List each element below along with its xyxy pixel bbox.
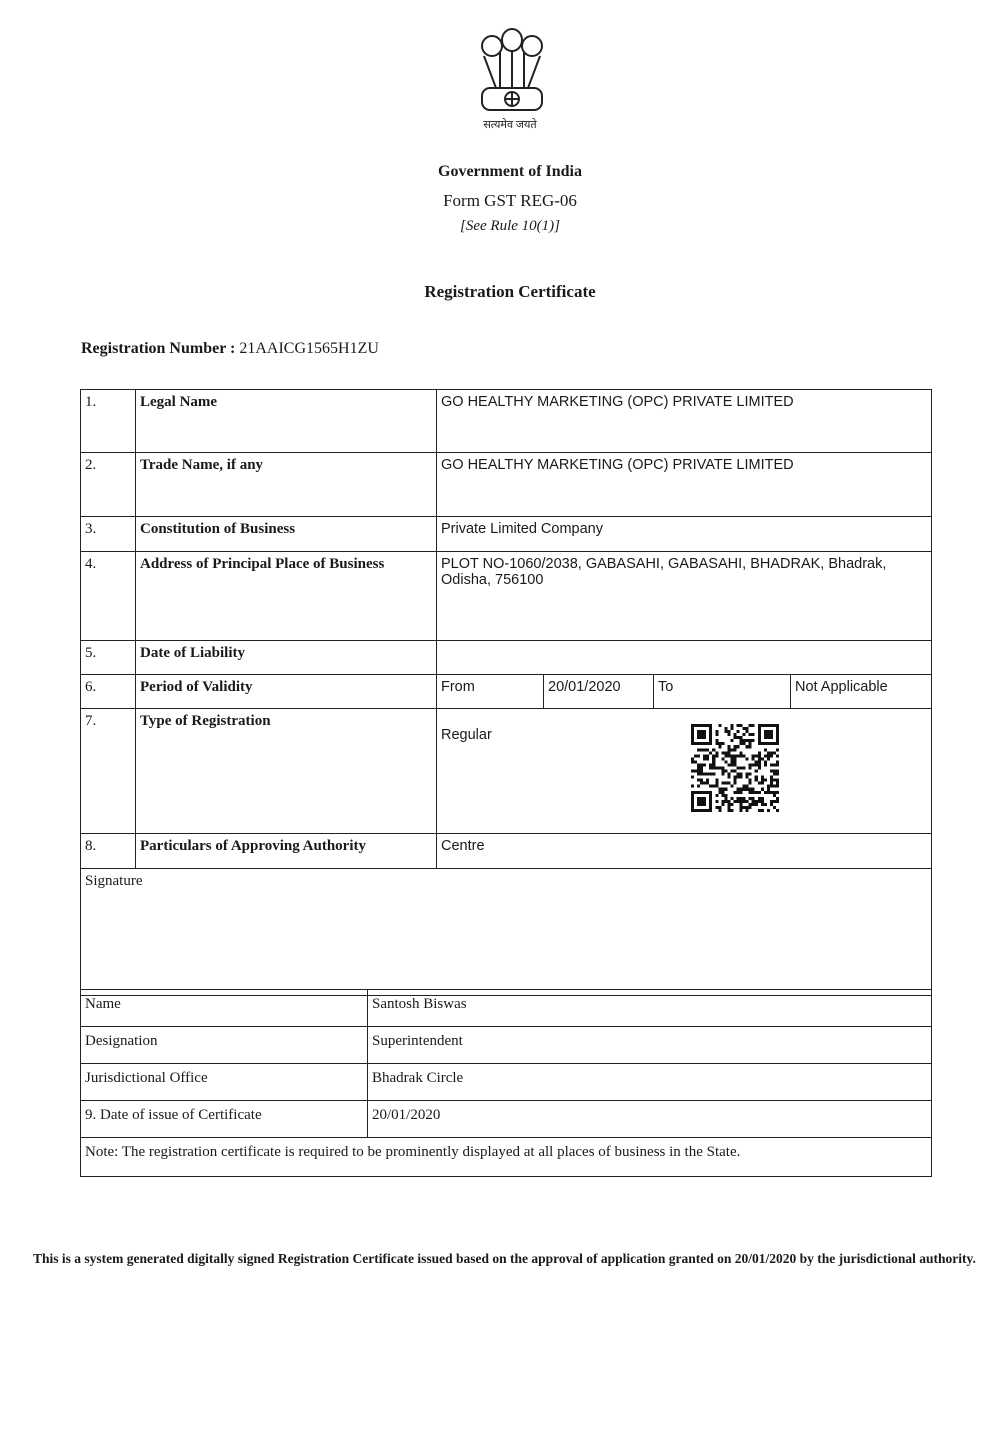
designation-value: Superintendent	[368, 1027, 932, 1064]
row-number: 8.	[81, 834, 136, 869]
display-note: Note: The registration certificate is re…	[81, 1138, 932, 1177]
registration-number-label: Registration Number :	[81, 340, 235, 357]
table-row: Jurisdictional Office Bhadrak Circle	[81, 1064, 932, 1101]
emblem-motto: सत्यमेव जयते	[440, 117, 580, 132]
officer-name-value: Santosh Biswas	[368, 990, 932, 1027]
signature-label: Signature	[81, 869, 932, 996]
table-row: 9. Date of issue of Certificate 20/01/20…	[81, 1101, 932, 1138]
table-row: Name Santosh Biswas	[81, 990, 932, 1027]
table-row: 5. Date of Liability	[81, 641, 932, 675]
registration-number: Registration Number : 21AAICG1565H1ZU	[81, 340, 379, 358]
validity-to-value: Not Applicable	[791, 675, 932, 709]
approving-authority-value: Centre	[437, 834, 932, 869]
issue-date-label: 9. Date of issue of Certificate	[81, 1101, 368, 1138]
legal-name-value: GO HEALTHY MARKETING (OPC) PRIVATE LIMIT…	[437, 390, 932, 453]
constitution-value: Private Limited Company	[437, 517, 932, 552]
table-row: 2. Trade Name, if any GO HEALTHY MARKETI…	[81, 453, 932, 517]
date-of-liability-value	[437, 641, 932, 675]
certificate-title: Registration Certificate	[0, 282, 1000, 302]
issue-date-value: 20/01/2020	[368, 1101, 932, 1138]
designation-label: Designation	[81, 1027, 368, 1064]
qr-code-icon	[690, 724, 780, 812]
officer-details-table: Name Santosh Biswas Designation Superint…	[80, 989, 932, 1177]
registration-type-label: Type of Registration	[136, 709, 437, 834]
legal-name-label: Legal Name	[136, 390, 437, 453]
table-row: 8. Particulars of Approving Authority Ce…	[81, 834, 932, 869]
validity-from-value: 20/01/2020	[544, 675, 654, 709]
table-row: 1. Legal Name GO HEALTHY MARKETING (OPC)…	[81, 390, 932, 453]
trade-name-label: Trade Name, if any	[136, 453, 437, 517]
digital-signature-footer: This is a system generated digitally sig…	[33, 1246, 978, 1271]
row-number: 3.	[81, 517, 136, 552]
approving-authority-label: Particulars of Approving Authority	[136, 834, 437, 869]
row-number: 5.	[81, 641, 136, 675]
officer-name-label: Name	[81, 990, 368, 1027]
row-number: 4.	[81, 552, 136, 641]
address-label: Address of Principal Place of Business	[136, 552, 437, 641]
row-number: 6.	[81, 675, 136, 709]
government-heading: Government of India	[0, 163, 1000, 181]
table-row: 7. Type of Registration Regular	[81, 709, 932, 834]
rule-reference: [See Rule 10(1)]	[0, 218, 1000, 235]
trade-name-value: GO HEALTHY MARKETING (OPC) PRIVATE LIMIT…	[437, 453, 932, 517]
validity-to-label: To	[654, 675, 791, 709]
jurisdictional-office-label: Jurisdictional Office	[81, 1064, 368, 1101]
table-row: 6. Period of Validity From 20/01/2020 To…	[81, 675, 932, 709]
signature-row: Signature	[81, 869, 932, 996]
jurisdictional-office-value: Bhadrak Circle	[368, 1064, 932, 1101]
row-number: 2.	[81, 453, 136, 517]
period-of-validity-label: Period of Validity	[136, 675, 437, 709]
constitution-label: Constitution of Business	[136, 517, 437, 552]
registration-number-value: 21AAICG1565H1ZU	[239, 340, 379, 357]
table-row: 4. Address of Principal Place of Busines…	[81, 552, 932, 641]
note-row: Note: The registration certificate is re…	[81, 1138, 932, 1177]
validity-from-label: From	[437, 675, 544, 709]
national-emblem-icon	[470, 22, 554, 118]
table-row: 3. Constitution of Business Private Limi…	[81, 517, 932, 552]
form-title: Form GST REG-06	[0, 191, 1000, 211]
registration-type-value: Regular	[437, 709, 932, 834]
row-number: 7.	[81, 709, 136, 834]
row-number: 1.	[81, 390, 136, 453]
address-value: PLOT NO-1060/2038, GABASAHI, GABASAHI, B…	[437, 552, 932, 641]
date-of-liability-label: Date of Liability	[136, 641, 437, 675]
registration-details-table: 1. Legal Name GO HEALTHY MARKETING (OPC)…	[80, 389, 932, 996]
table-row: Designation Superintendent	[81, 1027, 932, 1064]
